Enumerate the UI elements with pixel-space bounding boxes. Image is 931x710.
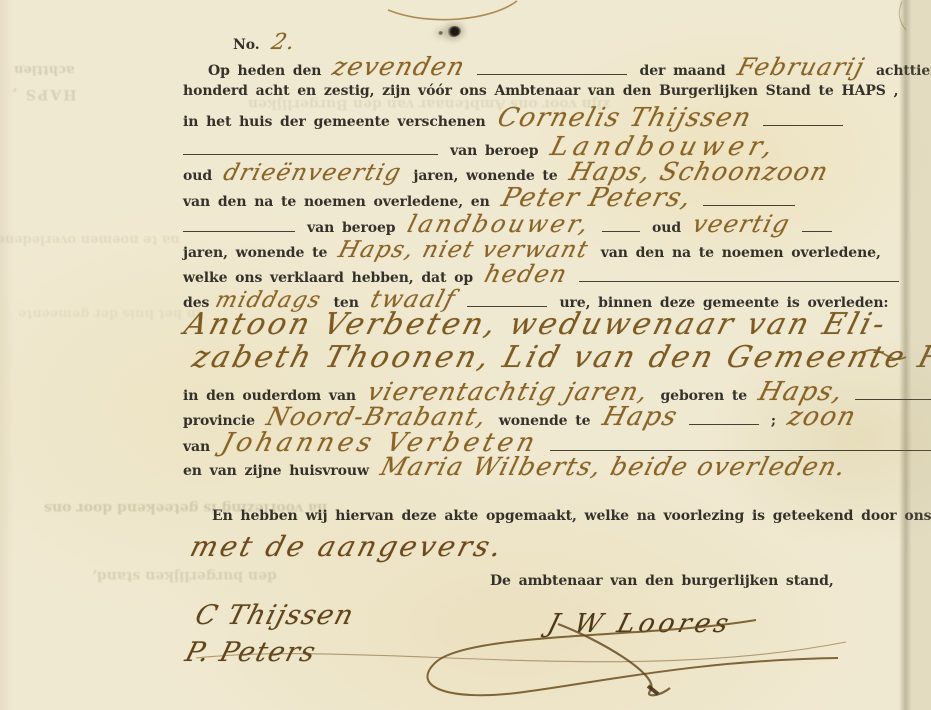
occupation2-line: van beroep landbouwer, oud veertig <box>183 211 839 239</box>
printed-text: oud <box>183 168 212 184</box>
handwritten-witness1-name: Cornelis Thijssen <box>494 104 755 134</box>
blank-rule <box>602 227 640 232</box>
opening-line: Op heden den zevenden der maand Februari… <box>208 53 931 82</box>
corner-stroke <box>899 2 906 30</box>
act-number-value: 2. <box>268 30 299 55</box>
blank-rule <box>183 227 295 232</box>
printed-text: achttien <box>876 63 931 79</box>
top-pen-stroke <box>388 1 517 20</box>
handwritten-deceased-name: Antoon Verbeten, weduwenaar van Eli- <box>180 308 891 343</box>
printed-text: en van zijne huisvrouw <box>183 463 369 479</box>
printed-text: ; <box>771 413 776 429</box>
printed-text: Op heden den <box>208 63 321 79</box>
bleedthrough-text: na te noemen overledene, <box>0 232 180 247</box>
handwritten-signature: C Thijssen <box>192 600 358 631</box>
blank-rule <box>689 420 759 425</box>
handwritten-mother-name: Maria Wilberts, beide overleden. <box>377 453 850 482</box>
printed-text: De ambtenaar van den burgerlijken stand, <box>490 573 834 589</box>
act-number-line: No. 2. <box>233 30 303 55</box>
printed-text: jaren, wonende te <box>413 168 557 184</box>
printed-text: van den na te noemen overledene, <box>601 245 881 261</box>
signature-ink-tick <box>648 686 658 694</box>
deceased-line-1: Antoon Verbeten, weduwenaar van Eli- <box>185 308 893 343</box>
closing-line: En hebben wij hiervan deze akte opgemaak… <box>212 506 931 524</box>
printed-text: der maand <box>640 63 726 79</box>
declaration-line: welke ons verklaard hebben, dat op heden <box>183 261 906 289</box>
bleedthrough-text: in het huis der gemeente <box>18 306 201 321</box>
year-line: honderd acht en zestig, zijn vóór ons Am… <box>183 81 905 99</box>
act-number-label: No. <box>233 37 259 53</box>
blank-rule <box>550 446 931 451</box>
death-certificate-scan: achttien HAPS , zijn vóór ons Ambtenaar … <box>0 0 931 710</box>
blank-rule <box>802 227 832 232</box>
handwritten-occupation2: landbouwer, <box>404 211 594 239</box>
handwritten-age1: drieënveertig <box>221 160 405 186</box>
blank-rule <box>763 121 843 126</box>
handwritten-age2: veertig <box>689 211 793 239</box>
handwritten-signature: J W Loores <box>544 610 735 640</box>
signature-witness2: P. Peters <box>186 637 323 668</box>
handwritten-date: heden <box>481 261 571 289</box>
handwritten-signature: P. Peters <box>182 637 320 668</box>
signature-witness1: C Thijssen <box>196 600 361 631</box>
printed-text: honderd acht en zestig, zijn vóór ons Am… <box>183 83 898 99</box>
ink-blot <box>447 26 461 37</box>
closing-hand-line: met de aangevers. <box>191 531 511 563</box>
handwritten-month: Februarij <box>734 54 868 82</box>
blank-rule <box>477 70 627 75</box>
ink-speck <box>438 31 443 35</box>
printed-text: provincie <box>183 413 255 429</box>
signature-official: J W Loores <box>548 610 738 640</box>
handwritten-closing-note: met de aangevers. <box>187 531 508 563</box>
house-line: in het huis der gemeente verschenen Corn… <box>183 104 850 134</box>
printed-text: welke ons verklaard hebben, dat op <box>183 270 473 286</box>
official-title-line: De ambtenaar van den burgerlijken stand, <box>490 571 841 589</box>
handwritten-day: zevenden <box>330 53 470 82</box>
printed-text: van beroep <box>307 220 395 236</box>
bleedthrough-text: den burgerlijken stand, <box>92 568 277 584</box>
printed-text: in het huis der gemeente verschenen <box>183 114 486 130</box>
printed-text: van beroep <box>450 143 538 159</box>
printed-text: van den na te noemen overledene, en <box>183 194 490 210</box>
blank-rule <box>855 395 931 400</box>
handwritten-deceased-details: zabeth Thoonen, Lid van den Gemeente Raa… <box>188 341 931 376</box>
printed-text: jaren, wonende te <box>183 245 327 261</box>
printed-text: wonende te <box>499 413 591 429</box>
bleedthrough-text: achttien <box>14 62 74 77</box>
mother-line: en van zijne huisvrouw Maria Wilberts, b… <box>183 453 853 482</box>
blank-rule <box>579 277 899 282</box>
blank-rule <box>183 150 438 155</box>
deceased-line-2: zabeth Thoonen, Lid van den Gemeente Raa… <box>193 341 931 376</box>
printed-text: oud <box>652 220 681 236</box>
bleedthrough-text: HAPS , <box>10 86 76 102</box>
blank-rule <box>703 201 795 206</box>
printed-text: En hebben wij hiervan deze akte opgemaak… <box>212 508 931 524</box>
